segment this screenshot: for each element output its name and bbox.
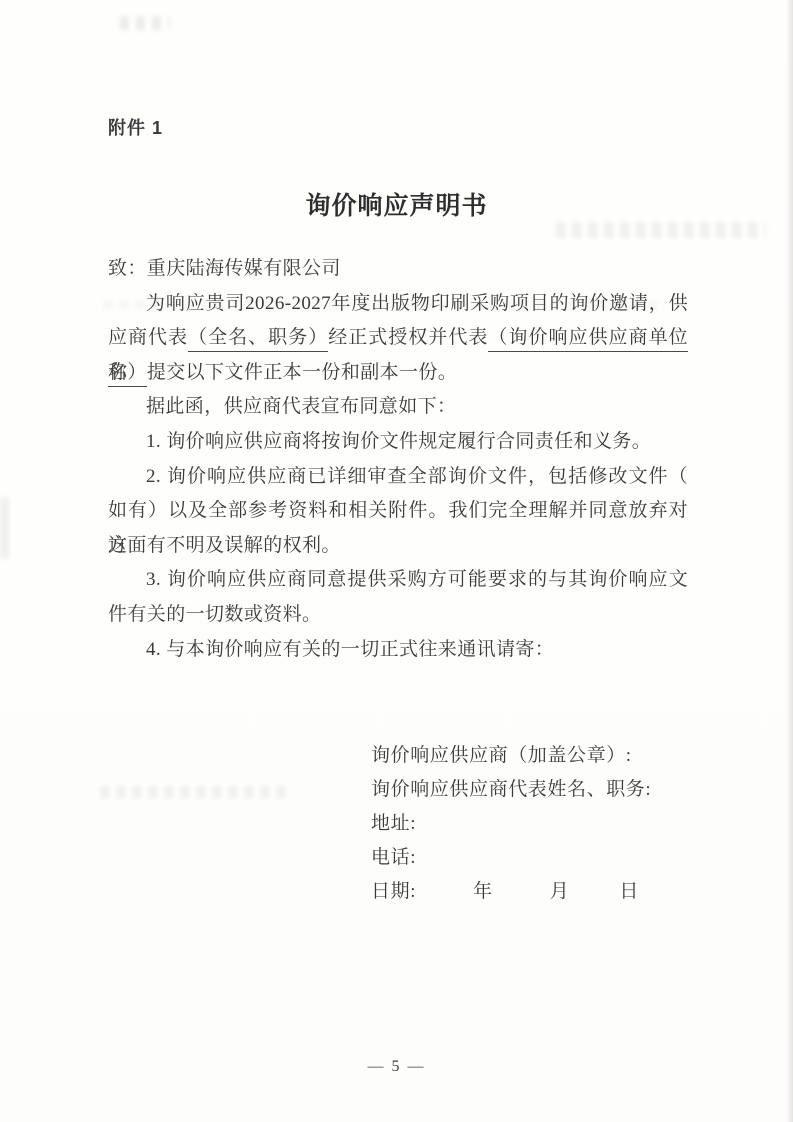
signature-block: 询价响应供应商（加盖公章）:询价响应供应商代表姓名、职务:地址:电话:日期:年月… (371, 739, 651, 909)
body-line: 方面有不明及误解的权利。 (108, 529, 688, 564)
body-line: 据此函，供应商代表宣布同意如下： (108, 390, 688, 425)
body-line: 件有关的一切数或资料。 (108, 598, 688, 633)
scan-bleed-artifact (120, 16, 170, 30)
body-line: 称）提交以下文件正本一份和副本一份。 (108, 356, 688, 391)
body-text: 为响应贵司2026-2027年度出版物印刷采购项目的询价邀请，供 (146, 293, 688, 314)
body-text: 3. 询价响应供应商同意提供采购方可能要求的与其询价响应文 (146, 569, 688, 590)
scan-bleed-artifact (556, 222, 766, 238)
body-text: 1. 询价响应供应商将按询价文件规定履行合同责任和义务。 (146, 431, 651, 452)
attachment-label: 附件 1 (108, 114, 163, 140)
fill-in-blank-underline: 称） (108, 362, 147, 387)
page-number: — 5 — (0, 1058, 793, 1076)
body-line: 4. 与本询价响应有关的一切正式往来通讯请寄： (108, 633, 688, 668)
body-text: 4. 与本询价响应有关的一切正式往来通讯请寄： (146, 639, 554, 660)
body-text: 方面有不明及误解的权利。 (108, 535, 341, 556)
signature-date-line: 日期:年月日 (371, 875, 651, 909)
signature-line: 询价响应供应商（加盖公章）: (371, 739, 651, 773)
date-label: 日期: (371, 881, 416, 902)
body-line: 为响应贵司2026-2027年度出版物印刷采购项目的询价邀请，供 (108, 287, 688, 322)
document-body: 致：重庆陆海传媒有限公司为响应贵司2026-2027年度出版物印刷采购项目的询价… (108, 252, 688, 667)
scan-edge-shadow (786, 0, 793, 1122)
body-text: 经正式授权并代表 (328, 327, 488, 348)
scan-bleed-artifact (100, 786, 290, 799)
body-text: 件有关的一切数或资料。 (108, 604, 321, 625)
body-line: 2. 询价响应供应商已详细审查全部询价文件，包括修改文件（ (108, 460, 688, 495)
body-line: 应商代表（全名、职务）经正式授权并代表（询价响应供应商单位名 (108, 321, 688, 356)
signature-line: 询价响应供应商代表姓名、职务: (371, 773, 651, 807)
body-line: 如有）以及全部参考资料和相关附件。我们完全理解并同意放弃对这 (108, 494, 688, 529)
document-page: 附件 1 询价响应声明书 致：重庆陆海传媒有限公司为响应贵司2026-2027年… (0, 0, 793, 1122)
document-title: 询价响应声明书 (0, 186, 793, 222)
body-text: 提交以下文件正本一份和副本一份。 (147, 362, 457, 383)
body-line: 致：重庆陆海传媒有限公司 (108, 252, 688, 287)
signature-line: 地址: (371, 807, 651, 841)
signature-line: 电话: (371, 841, 651, 875)
body-text: 应商代表 (108, 327, 188, 348)
body-line: 1. 询价响应供应商将按询价文件规定履行合同责任和义务。 (108, 425, 688, 460)
body-text: 2. 询价响应供应商已详细审查全部询价文件，包括修改文件（ (146, 466, 688, 487)
body-text: 据此函，供应商代表宣布同意如下： (146, 396, 456, 417)
body-line: 3. 询价响应供应商同意提供采购方可能要求的与其询价响应文 (108, 563, 688, 598)
date-unit: 年 (473, 875, 493, 909)
scan-bleed-artifact (0, 498, 14, 558)
date-unit: 日 (619, 875, 639, 909)
body-text: 致：重庆陆海传媒有限公司 (108, 258, 341, 279)
fill-in-blank-underline: （全名、职务） (188, 327, 328, 352)
date-unit: 月 (550, 875, 570, 909)
